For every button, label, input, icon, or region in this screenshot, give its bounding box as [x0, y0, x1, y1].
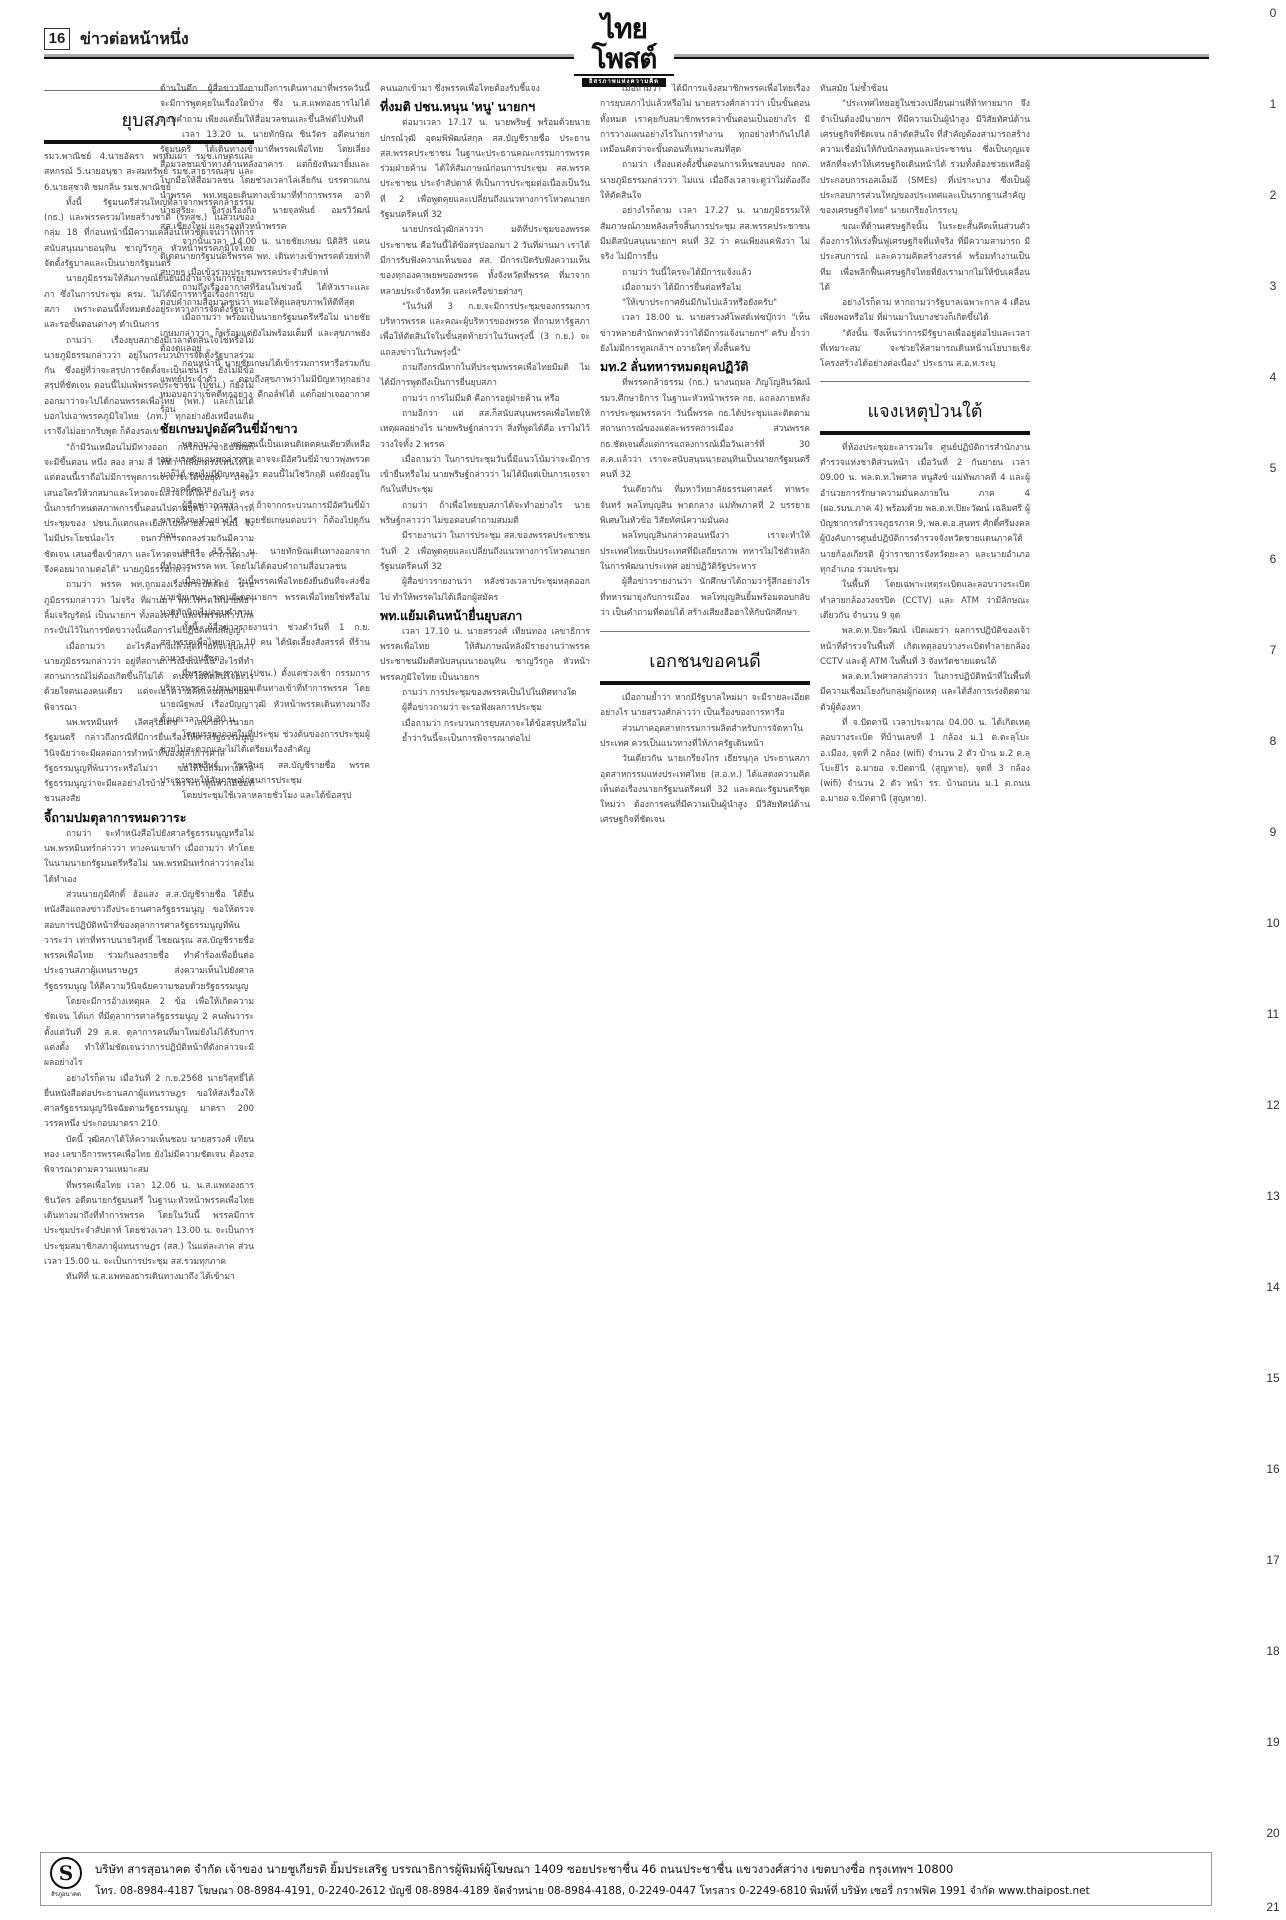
paragraph: เมื่อถามว่า ในการประชุมวันนี้มีแนวโน้มว่…	[380, 453, 590, 499]
paragraph: เมื่อถามว่า ได้มีการแจ้งสมาชิกพรรคเพื่อไ…	[600, 82, 810, 158]
line-number: 1	[1262, 97, 1284, 111]
publisher-contact-line: โทร. 08-8984-4187 โฆษณา 08-8984-4191, 0-…	[95, 1882, 1090, 1899]
column-5: ทันสมัย ไม่ซ้ำซ้อน "ประเทศไทยอยู่ในช่วงเ…	[820, 82, 1030, 808]
box-title-private: เอกชนขอคนดี	[600, 636, 810, 681]
publisher-logo-caption: สิรภูอนาคต	[49, 1889, 83, 1899]
line-number: 0	[1262, 6, 1284, 20]
line-number: 12	[1262, 1098, 1284, 1112]
paragraph: วันเดียวกัน นายเกรียงไกร เธียรนุกุล ประธ…	[600, 752, 810, 828]
paragraph: ย้ำว่าวันนี้จะเป็นการพิจารณาต่อไป	[380, 732, 590, 747]
paragraph: เวลา 18.00 น. นายสรวงศ์โพสต์เฟซบุ๊กว่า "…	[600, 311, 810, 357]
paragraph: ทันสมัย ไม่ซ้ำซ้อน	[820, 82, 1030, 97]
box-title-south: แจงเหตุป่วนใต้	[820, 386, 1030, 431]
paragraph: ผู้สื่อข่าวถามว่า ถ้าจากกระบวนการมีอัศวิ…	[160, 499, 370, 545]
paragraph: วันเดียวกัน ที่มหาวิทยาลัยธรรมศาสตร์ ท่า…	[600, 483, 810, 529]
line-number: 14	[1262, 1280, 1284, 1294]
paragraph: ถามว่า การไม่มีมติ คือการอยู่ฝ่ายค้าน หร…	[380, 392, 590, 407]
line-number: 5	[1262, 461, 1284, 475]
line-number: 19	[1262, 1735, 1284, 1749]
paragraph: โดยประชุมใช้เวลาหลายชั่วโมง และได้ข้อสรุ…	[160, 789, 370, 804]
paragraph: ทั้งนี้ ผู้สื่อข่าวรายงานว่า ช่วงค่ำวันท…	[160, 621, 370, 667]
masthead-logo: ไทยโพสต์ อิสรภาพแห่งความคิด	[574, 14, 674, 60]
line-number: 15	[1262, 1371, 1284, 1385]
box-top-rule	[820, 381, 1030, 382]
paragraph: ถามอีกว่า แต่ สส.ก็สนับสนุนพรรคเพื่อไทยใ…	[380, 407, 590, 453]
line-number: 21	[1262, 1900, 1284, 1914]
subhead-pt: พท.แย้มเดินหน้ายื่นยุบสภา	[380, 608, 590, 625]
line-number: 2	[1262, 188, 1284, 202]
paragraph: ที่พรรคประชาชน (ปชน.) ตั้งแต่ช่วงเช้า กร…	[160, 667, 370, 728]
paragraph: โดยจะมีการอ้างเหตุผล 2 ข้อ เพื่อให้เกิดค…	[44, 995, 254, 1071]
paragraph: อย่างไรก็ตาม เวลา 17.27 น. นายภูมิธรรมให…	[600, 204, 810, 265]
paragraph: ในพื้นที่ โดยเฉพาะเหตุระเบิดและลอบวางระเ…	[820, 578, 1030, 624]
paragraph: ต่อมาเวลา 17.17 น. นายพริษฐ์ พร้อมด้วยนา…	[380, 116, 590, 223]
paragraph: ด้านในตึก ผู้สื่อข่าวจึงถามถึงการเดินทาง…	[160, 82, 370, 128]
subhead-pprc: ที่งมติ ปชน.หนุน 'หนู' นายกฯ	[380, 99, 590, 116]
paragraph: พลโทบุญสินกล่าวตอนหนึ่งว่า เราจะทำให้ประ…	[600, 529, 810, 575]
paragraph: เมื่อถามย้ำว่า หากมีรัฐบาลใหม่มา จะมีราย…	[600, 691, 810, 722]
line-number: 16	[1262, 1462, 1284, 1476]
paragraph: คนนอกเข้ามา ซึ่งพรรคเพื่อไทยต้องรับชี้แจ…	[380, 82, 590, 97]
paragraph: มีรายงานว่า ในการประชุม สส.ของพรรคประชาช…	[380, 529, 590, 575]
paragraph: "ดังนั้น จึงเห็นว่าการมีรัฐบาลเพื่ออยู่ต…	[820, 327, 1030, 373]
publisher-logo: S สิรภูอนาคต	[49, 1857, 83, 1901]
paragraph: ถามว่า วันนี้ใครจะได้มีการแจ้งแล้ว	[600, 266, 810, 281]
column-3: คนนอกเข้ามา ซึ่งพรรคเพื่อไทยต้องรับชี้แจ…	[380, 82, 590, 747]
line-number: 8	[1262, 734, 1284, 748]
paragraph: โดยบรรยากาศในที่ประชุม ช่วงต้นของการประช…	[160, 728, 370, 759]
publisher-logo-icon: S	[50, 1857, 82, 1889]
paragraph: ผู้สื่อข่าวรายงานว่า นักศึกษาได้ถามว่ารู…	[600, 575, 810, 621]
paragraph: ส่วนภาคอุตสาหกรรมการผลิตสำหรับการจัดหาใน…	[600, 722, 810, 753]
column-2: ด้านในตึก ผู้สื่อข่าวจึงถามถึงการเดินทาง…	[160, 82, 370, 805]
paragraph: ก่อนหน้านี้ นายชัยเกษมได้เข้าร่วมการหารื…	[160, 357, 370, 418]
paragraph: จากนั้นเวลา 14.00 น. นายชัยเกษม นิติสิริ…	[160, 235, 370, 281]
paragraph: ผู้สื่อข่าวรายงานว่า หลังช่วงเวลาประชุมห…	[380, 575, 590, 606]
paragraph: ถามว่า การประชุมของพรรคเป็นไปในทิศทางใด	[380, 686, 590, 701]
line-number: 10	[1262, 916, 1284, 930]
subhead-chaiyakem: ชัยเกษมปูดอัศวินขี่ม้าขาว	[160, 421, 370, 438]
page-number: 16	[44, 28, 70, 50]
newspaper-page: 16 ข่าวต่อหน้าหนึ่ง ไทยโพสต์ อิสรภาพแห่ง…	[0, 0, 1250, 1920]
line-number: 18	[1262, 1644, 1284, 1658]
paragraph: เมื่อถามว่า ได้มีการยื่นต่อหรือไม่	[600, 281, 810, 296]
line-number: 20	[1262, 1826, 1284, 1840]
page-header: 16 ข่าวต่อหน้าหนึ่ง ไทยโพสต์ อิสรภาพแห่ง…	[44, 24, 1209, 64]
line-number: 9	[1262, 825, 1284, 839]
box-bottom-rule	[600, 681, 810, 685]
line-number: 3	[1262, 279, 1284, 293]
subhead-mt2: มท.2 ลั่นทหารหมดยุคปฏิวัติ	[600, 359, 810, 376]
paragraph: ถามถึงเรื่องอากาศที่ร้อนในช่วงนี้ ได้หัว…	[160, 281, 370, 312]
paragraph: ที่พรรคเพื่อไทย เวลา 12.06 น. น.ส.แพทองธ…	[44, 1179, 254, 1271]
paragraph: พล.ต.ท.ไพศาลกล่าวว่า ในการปฏิบัติหน้าที่…	[820, 670, 1030, 716]
logo-text: ไทยโพสต์	[574, 14, 674, 76]
paragraph: เมื่อถามว่า กระบวนการยุบสภาจะได้ข้อสรุปห…	[380, 717, 590, 732]
line-number: 17	[1262, 1553, 1284, 1567]
box-bottom-rule	[820, 431, 1030, 435]
paragraph: ถามว่า เรื่องแต่งตั้งขึ้นตอนการเห็นชอบขอ…	[600, 158, 810, 204]
paragraph: พล.ต.ท.ปิยะวัฒน์ เปิดเผยว่า ผลการปฏิบัติ…	[820, 624, 1030, 670]
paragraph: ที่ จ.ปัตตานี เวลาประมาณ 04.00 น. ได้เกิ…	[820, 716, 1030, 808]
paragraph: นายปกรณ์วุฒิกล่าวว่า มติที่ประชุมของพรรค…	[380, 223, 590, 299]
paragraph: เมื่อถามว่า พร้อมเป็นนายกรัฐมนตรีหรือไม่…	[160, 311, 370, 357]
paragraph: "ประเทศไทยอยู่ในช่วงเปลี่ยนผ่านที่ท้าทาย…	[820, 97, 1030, 219]
paragraph: เวลา 13.20 น. นายทักษิณ ชินวัตร อดีตนายก…	[160, 128, 370, 235]
paragraph: อย่างไรก็ตาม เมื่อวันที่ 2 ก.ย.2568 นายว…	[44, 1072, 254, 1133]
line-number: 11	[1262, 1007, 1284, 1021]
paragraph: ขณะที่ด้านเศรษฐกิจนั้น ในระยะสั้นคิดเห็น…	[820, 220, 1030, 296]
paragraph: ถามว่า จะทำหนังสือไปยังศาลรัฐธรรมนูญหรือ…	[44, 827, 254, 888]
paragraph: ผู้สื่อข่าวถามว่า จะรอฟังผลการประชุม	[380, 701, 590, 716]
paragraph: ถามถึงกรณีหากในที่ประชุมพรรคเพื่อไทยมีมต…	[380, 361, 590, 392]
paragraph: พอถามว่า แต่ตอนนี้เป็นแคนดิเดตคนเดียวที่…	[160, 438, 370, 499]
publisher-info-line-1: บริษัท สารสุอนาคต จำกัด เจ้าของ นายชูเกี…	[95, 1861, 953, 1879]
line-number: 13	[1262, 1189, 1284, 1203]
paragraph: ส่วนนายภูมิศักดิ์ ฮ้อแสง ส.ส.บัญชีรายชื่…	[44, 888, 254, 995]
column-4: เมื่อถามว่า ได้มีการแจ้งสมาชิกพรรคเพื่อไ…	[600, 82, 810, 829]
section-title: ข่าวต่อหน้าหนึ่ง	[80, 27, 189, 52]
paragraph: ถามว่า ถ้าเพื่อไทยยุบสภาได้จะทำอย่างไร น…	[380, 499, 590, 530]
paragraph: อย่างไรก็ตาม หากถามว่ารัฐบาลเฉพาะกาล 4 เ…	[820, 296, 1030, 327]
line-number: 7	[1262, 643, 1284, 657]
paragraph: เวลา 15.52 น. นายทักษิณเดินทางออกจากที่ท…	[160, 545, 370, 576]
paragraph: ที่ห้องประชุมยะลารวมใจ ศูนย์ปฏิบัติการสำ…	[820, 441, 1030, 579]
publisher-footer: S สิรภูอนาคต บริษัท สารสุอนาคต จำกัด เจ้…	[40, 1852, 1212, 1906]
subhead-court: จี้ถามปมตุลาการหมดวาระ	[44, 810, 254, 827]
line-number: 6	[1262, 552, 1284, 566]
paragraph: เมื่อถามว่า วันนี้พรรคเพื่อไทยยังยืนยันท…	[160, 575, 370, 621]
paragraph: บัดนี้ วุฒิสภาได้ให้ความเห็นชอบ นายสรวงศ…	[44, 1133, 254, 1179]
paragraph: ทันทีที่ น.ส.แพทองธารเดินทางมาถึง ได้เข้…	[44, 1270, 254, 1285]
paragraph: ที่พรรคกล้าธรรม (กธ.) นางนฤมล ภิญโญสินวั…	[600, 376, 810, 483]
paragraph: "ให้เขาประกาศยันมีกันไปแล้วหรือยังครับ"	[600, 296, 810, 311]
line-number: 4	[1262, 370, 1284, 384]
paragraph: นายพริษฐ์ วัชรสินธุ สส.บัญชีรายชื่อ พรรค…	[160, 759, 370, 790]
box-top-rule	[600, 631, 810, 632]
paragraph: เวลา 17.10 น. นายสรวงศ์ เทียนทอง เลขาธิก…	[380, 625, 590, 686]
paragraph: "ในวันที่ 3 ก.ย.จะมีการประชุมของกรรมการบ…	[380, 300, 590, 361]
